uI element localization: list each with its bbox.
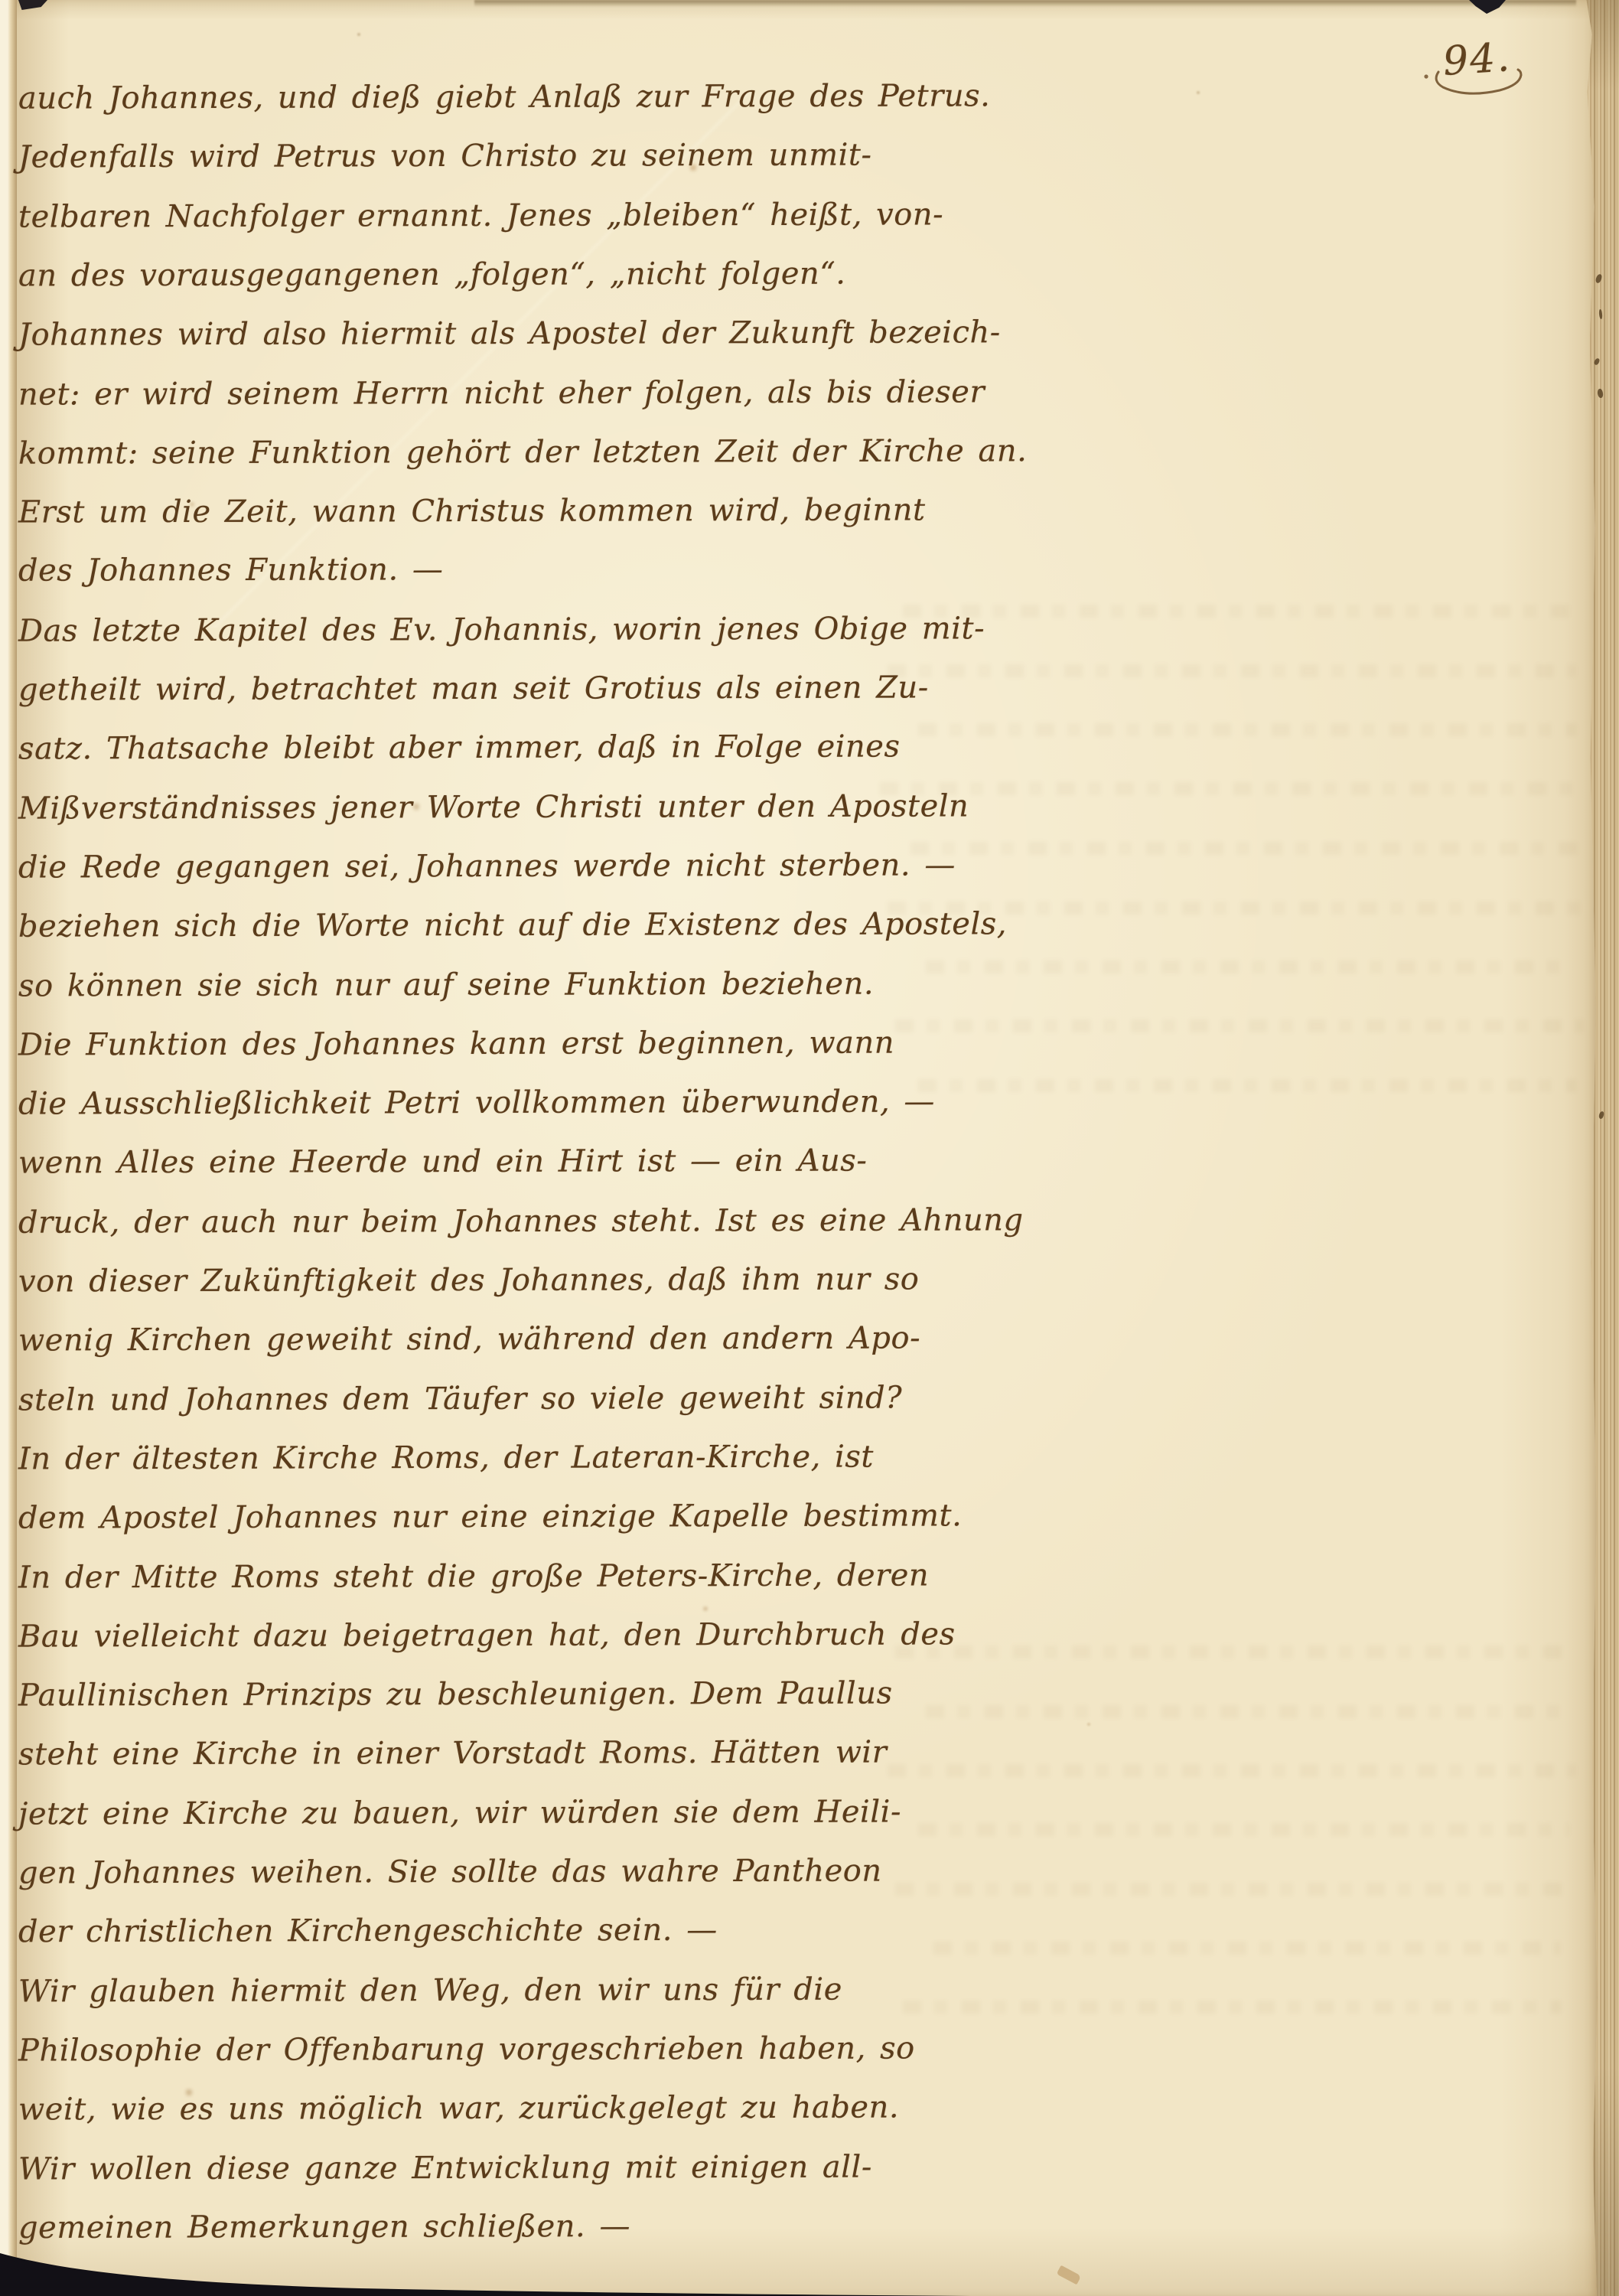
manuscript-line: so können sie sich nur auf seine Funktio… — [18, 966, 874, 1003]
manuscript-line: net: er wird seinem Herrn nicht eher fol… — [18, 374, 985, 412]
bleed-through-line — [926, 960, 1569, 974]
manuscript-line: jetzt eine Kirche zu bauen, wir würden s… — [18, 1794, 901, 1831]
bleed-through-line — [918, 1079, 1576, 1092]
manuscript-line: satz. Thatsache bleibt aber immer, daß i… — [18, 729, 901, 767]
manuscript-line: Das letzte Kapitel des Ev. Johannis, wor… — [18, 611, 985, 648]
edge-ink-mark — [1598, 309, 1603, 319]
binding-gutter — [0, 0, 17, 2296]
manuscript-line: der christlichen Kirchengeschichte sein.… — [18, 1913, 718, 1949]
edge-ink-mark — [1594, 357, 1601, 366]
top-edge-shadow — [474, 0, 1576, 7]
bleed-through-line — [888, 1764, 1576, 1777]
scanned-book-page: auch Johannes, und dieß giebt Anlaß zur … — [0, 0, 1619, 2296]
manuscript-line: druck, der auch nur beim Johannes steht.… — [18, 1202, 1024, 1240]
manuscript-line: Philosophie der Offenbarung vorgeschrieb… — [18, 2030, 915, 2068]
manuscript-line: Die Funktion des Johannes kann erst begi… — [18, 1025, 894, 1062]
manuscript-line: die Ausschließlichkeit Petri vollkommen … — [18, 1084, 935, 1122]
manuscript-line: des Johannes Funktion. — — [18, 553, 443, 589]
manuscript-line: beziehen sich die Worte nicht auf die Ex… — [18, 906, 1007, 944]
manuscript-line: an des vorausgegangenen „folgen“, „nicht… — [18, 256, 846, 293]
page-number-flourish — [1422, 64, 1544, 101]
manuscript-line: telbaren Nachfolger ernannt. Jenes „blei… — [18, 197, 943, 234]
bleed-through-line — [933, 1942, 1561, 1955]
manuscript-line: gen Johannes weihen. Sie sollte das wahr… — [18, 1854, 882, 1891]
manuscript-line: Wir wollen diese ganze Entwicklung mit e… — [18, 2149, 872, 2187]
manuscript-line: Bau vielleicht dazu beigetragen hat, den… — [18, 1616, 956, 1654]
bleed-through-line — [903, 2001, 1561, 2014]
manuscript-line: die Rede gegangen sei, Johannes werde ni… — [18, 847, 956, 885]
bleed-through-line — [926, 1705, 1569, 1718]
manuscript-line: Erst um die Zeit, wann Christus kommen w… — [18, 493, 926, 530]
bleed-through-line — [895, 1645, 1569, 1658]
manuscript-line: wenn Alles eine Heerde und ein Hirt ist … — [18, 1143, 867, 1181]
bleed-through-line — [888, 664, 1576, 677]
manuscript-line: Paullinischen Prinzips zu beschleunigen.… — [18, 1676, 893, 1714]
manuscript-line: von dieser Zukünftigkeit des Johannes, d… — [18, 1261, 919, 1299]
bleed-through-line — [895, 1019, 1584, 1032]
bleed-through-line — [918, 1823, 1569, 1836]
bleed-through-line — [918, 723, 1576, 736]
manuscript-line: gemeinen Bemerkungen schließen. — — [18, 2209, 630, 2245]
manuscript-line: kommt: seine Funktion gehört der letzten… — [18, 433, 1027, 471]
manuscript-line: weit, wie es uns möglich war, zurückgele… — [18, 2090, 899, 2128]
manuscript-line: getheilt wird, betrachtet man seit Groti… — [18, 670, 929, 707]
bleed-through-line — [910, 842, 1584, 855]
manuscript-line: wenig Kirchen geweiht sind, während den … — [18, 1321, 920, 1358]
edge-ink-mark — [1595, 273, 1603, 283]
manuscript-line: steht eine Kirche in einer Vorstadt Roms… — [18, 1735, 887, 1773]
manuscript-line: In der Mitte Roms steht die große Peters… — [18, 1557, 929, 1595]
manuscript-line: auch Johannes, und dieß giebt Anlaß zur … — [18, 78, 990, 116]
edge-ink-mark — [1597, 388, 1604, 398]
bleed-through-line — [880, 782, 1584, 795]
edge-ink-mark — [1598, 1111, 1604, 1120]
manuscript-line: dem Apostel Johannes nur eine einzige Ka… — [18, 1499, 962, 1536]
manuscript-line: Johannes wird also hiermit als Apostel d… — [18, 315, 1001, 353]
manuscript-line: Wir glauben hiermit den Weg, den wir uns… — [18, 1971, 842, 2009]
bleed-through-line — [903, 605, 1569, 618]
manuscript-line: steln und Johannes dem Täufer so viele g… — [18, 1380, 902, 1417]
manuscript-line: In der ältesten Kirche Roms, der Lateran… — [18, 1439, 874, 1476]
foxing-specks — [0, 0, 2, 2]
bleed-through-line — [895, 1883, 1569, 1896]
manuscript-line: Jedenfalls wird Petrus von Christo zu se… — [18, 138, 872, 175]
manuscript-line: Mißverständnisses jener Worte Christi un… — [18, 788, 969, 826]
